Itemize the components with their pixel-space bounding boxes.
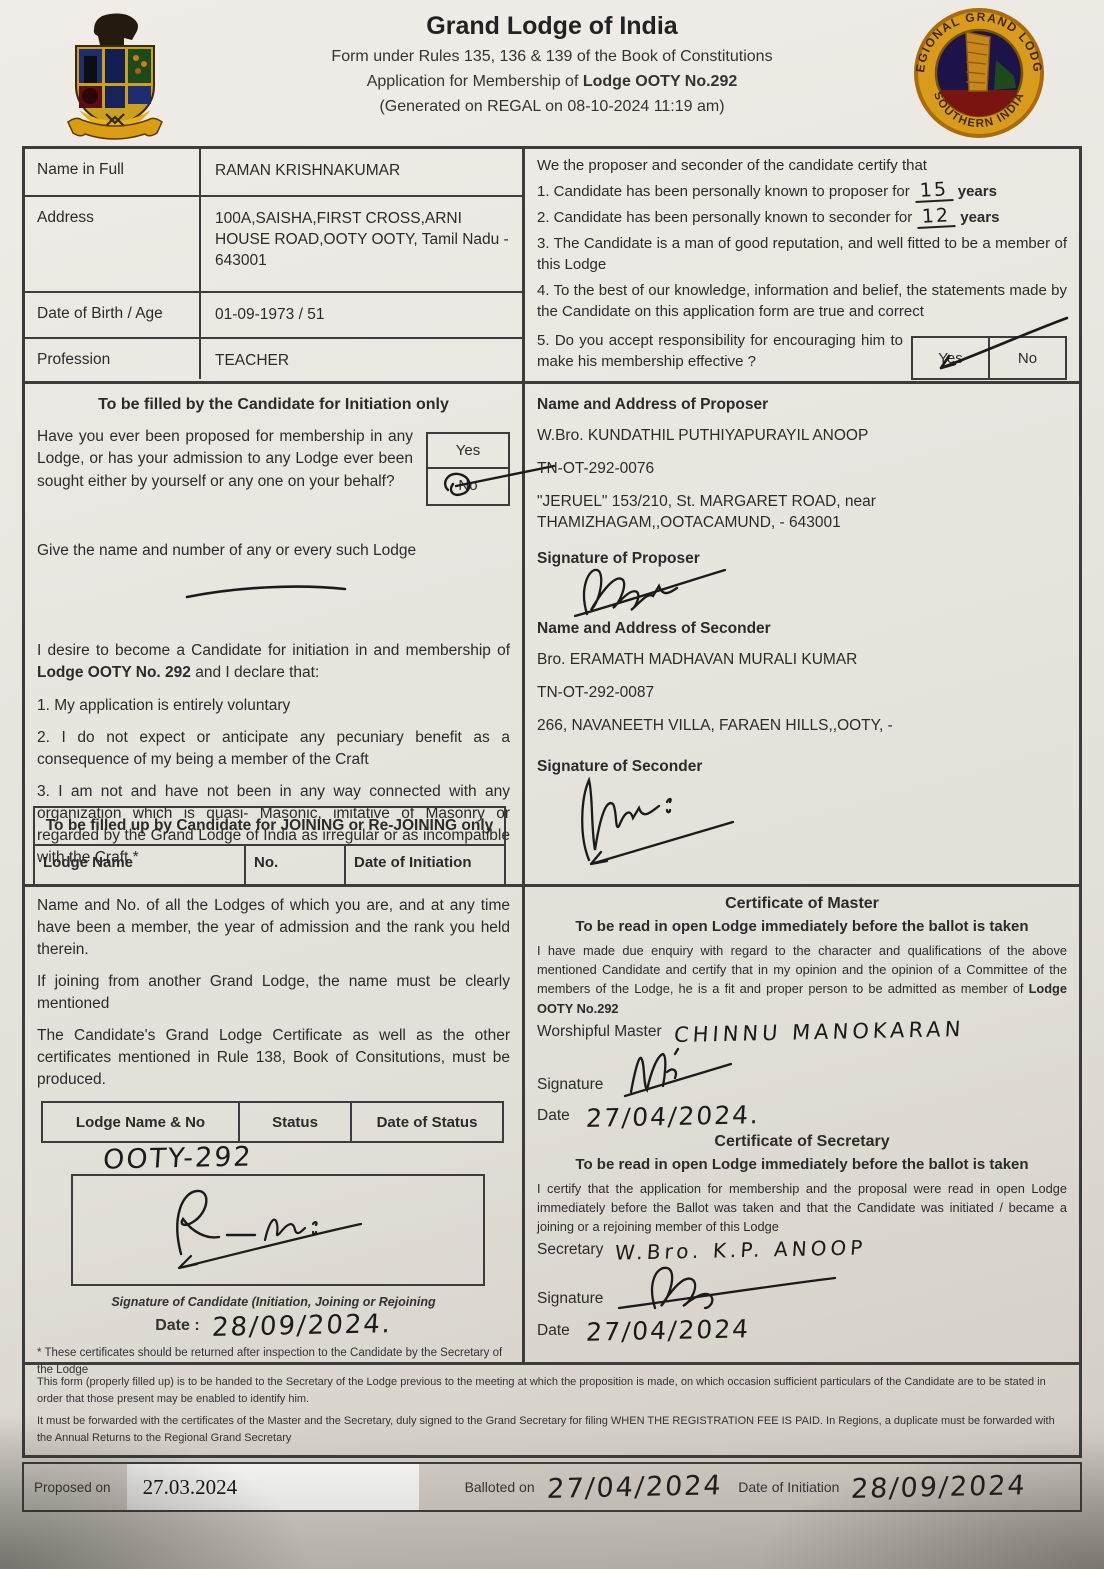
candidate-signature-box	[71, 1174, 485, 1286]
membership-history-section: Name and No. of all the Lodges of which …	[25, 884, 522, 1362]
responsibility-yes-no-box: Yes No	[911, 336, 1067, 380]
form-subtitle-application: Application for Membership of Lodge OOTY…	[150, 73, 954, 91]
proposed-on-label: Proposed on	[34, 1480, 111, 1495]
joining-col-date: Date of Initiation	[344, 846, 504, 884]
form-title: Grand Lodge of India	[150, 12, 954, 41]
seconder-signature	[561, 770, 771, 870]
col-status: Status	[238, 1103, 350, 1141]
form-title-block: Grand Lodge of India Form under Rules 13…	[150, 12, 954, 116]
no-option: No	[988, 338, 1065, 378]
secretary-signature-label: Signature	[537, 1290, 603, 1316]
candidate-signature	[123, 1178, 423, 1280]
date-of-initiation-label: Date of Initiation	[738, 1479, 839, 1495]
table-row: Address 100A,SAISHA,FIRST CROSS,ARNI HOU…	[25, 195, 522, 291]
secretary-signature	[609, 1262, 849, 1316]
certificates-footnote: * These certificates should be returned …	[37, 1345, 510, 1380]
desire-lodge-bold: Lodge OOTY No. 292	[37, 664, 191, 681]
handwritten-dash	[177, 580, 357, 602]
right-column: We the proposer and seconder of the cand…	[522, 149, 1079, 1362]
secretary-certificate-heading: Certificate of Secretary	[537, 1133, 1067, 1151]
desire-statement: I desire to become a Candidate for initi…	[37, 640, 510, 685]
form-generated-line: (Generated on REGAL on 08-10-2024 11:19 …	[150, 98, 954, 116]
certify-item-2: 2. Candidate has been personally known t…	[537, 207, 1067, 228]
initiation-question: Have you ever been proposed for membersh…	[37, 426, 413, 506]
proposer-heading: Name and Address of Proposer	[537, 396, 1067, 414]
form-body: Name in Full RAMAN KRISHNAKUMAR Address …	[22, 146, 1082, 1512]
handwritten-lodge-entry: OOTY-292	[102, 1141, 254, 1175]
master-signature	[613, 1044, 753, 1102]
history-para-2: If joining from another Grand Lodge, the…	[37, 971, 510, 1015]
joining-col-lodge-name: Lodge Name	[35, 846, 244, 884]
handwritten-initiation-date: 28/09/2024	[850, 1470, 1028, 1505]
worshipful-master-line: Worshipful Master CHINNU MANOKARAN	[537, 1020, 1067, 1044]
table-row: Profession TEACHER	[25, 337, 522, 379]
form-subtitle-rules: Form under Rules 135, 136 & 139 of the B…	[150, 48, 954, 66]
joining-table: To be filled up by Candidate for JOINING…	[33, 806, 506, 884]
yes-option: Yes	[913, 338, 988, 378]
main-form-grid: Name in Full RAMAN KRISHNAKUMAR Address …	[22, 146, 1082, 1365]
certify-intro: We the proposer and seconder of the cand…	[537, 155, 1067, 176]
dob-label: Date of Birth / Age	[25, 293, 201, 337]
address-label: Address	[25, 197, 201, 291]
history-para-1: Name and No. of all the Lodges of which …	[37, 895, 510, 961]
master-date-line: Date 27/04/2024.	[537, 1102, 1067, 1131]
declaration-1: 1. My application is entirely voluntary	[37, 695, 510, 717]
proposer-name: W.Bro. KUNDATHIL PUTHIYAPURAYIL ANOOP	[537, 426, 1067, 447]
candidate-info-table: Name in Full RAMAN KRISHNAKUMAR Address …	[25, 149, 522, 381]
yes-option: Yes	[428, 434, 508, 469]
handwritten-seconder-years: 12	[917, 206, 956, 229]
footer-para-2: It must be forwarded with the certificat…	[37, 1413, 1067, 1447]
secretary-name-line: Secretary W.Bro. K.P. ANOOP	[537, 1238, 1067, 1262]
proposer-address: "JERUEL" 153/210, St. MARGARET ROAD, nea…	[537, 492, 977, 534]
seconder-heading: Name and Address of Seconder	[537, 620, 1067, 638]
declaration-2: 2. I do not expect or anticipate any pec…	[37, 727, 510, 771]
lodge-status-table: Lodge Name & No Status Date of Status	[41, 1101, 504, 1143]
certify-item-1: 1. Candidate has been personally known t…	[537, 181, 1067, 202]
name-value: RAMAN KRISHNAKUMAR	[201, 149, 522, 195]
left-column: Name in Full RAMAN KRISHNAKUMAR Address …	[25, 149, 522, 1362]
seal-icon: REGIONAL GRAND LODGE SOUTHERN INDIA	[910, 4, 1048, 142]
proposer-number: TN-OT-292-0076	[537, 459, 1067, 480]
history-para-3: The Candidate's Grand Lodge Certificate …	[37, 1025, 510, 1091]
certify-item-5-row: 5. Do you accept responsibility for enco…	[537, 330, 1067, 380]
seconder-address: 266, NAVANEETH VILLA, FARAEN HILLS,,OOTY…	[537, 716, 1067, 737]
initiation-question-row: Have you ever been proposed for membersh…	[37, 426, 510, 506]
initiation-heading: To be filled by the Candidate for Initia…	[37, 396, 510, 414]
profession-label: Profession	[25, 339, 201, 379]
col-date-of-status: Date of Status	[350, 1103, 502, 1141]
master-date-label: Date	[537, 1107, 570, 1125]
secretary-date-label: Date	[537, 1322, 570, 1340]
candidate-date-line: Date : 28/09/2024.	[37, 1311, 510, 1341]
name-label: Name in Full	[25, 149, 201, 195]
col-lodge-name-no: Lodge Name & No	[43, 1114, 238, 1131]
date-label: Date :	[155, 1317, 199, 1335]
table-row: Name in Full RAMAN KRISHNAKUMAR	[25, 149, 522, 195]
no-option: No	[428, 469, 508, 502]
profession-value: TEACHER	[201, 339, 522, 379]
candidate-signature-caption: Signature of Candidate (Initiation, Join…	[37, 1295, 510, 1309]
regional-grand-lodge-seal: REGIONAL GRAND LODGE SOUTHERN INDIA	[910, 4, 1048, 147]
lodge-name-number: Lodge OOTY No.292	[583, 73, 737, 90]
balloted-on-label: Balloted on	[465, 1479, 535, 1495]
secretary-certificate-body: I certify that the application for membe…	[537, 1179, 1067, 1237]
seconder-signature-label: Signature of Seconder	[537, 758, 1067, 776]
worshipful-master-label: Worshipful Master	[537, 1023, 662, 1041]
secretary-signature-line: Signature	[537, 1262, 1067, 1316]
seconder-name: Bro. ERAMATH MADHAVAN MURALI KUMAR	[537, 650, 1067, 671]
master-signature-label: Signature	[537, 1076, 603, 1102]
joining-table-columns: Lodge Name No. Date of Initiation	[35, 846, 504, 884]
handwritten-proposer-years: 15	[914, 180, 953, 203]
certificates-section: Certificate of Master To be read in open…	[525, 884, 1079, 1362]
dob-value: 01-09-1973 / 51	[201, 293, 522, 337]
proposer-signature-label: Signature of Proposer	[537, 550, 1067, 568]
secretary-certificate-subheading: To be read in open Lodge immediately bef…	[537, 1156, 1067, 1173]
master-certificate-heading: Certificate of Master	[537, 895, 1067, 913]
secretary-label: Secretary	[537, 1241, 603, 1259]
proposer-seconder-section: Name and Address of Proposer W.Bro. KUND…	[525, 381, 1079, 884]
address-value: 100A,SAISHA,FIRST CROSS,ARNI HOUSE ROAD,…	[201, 197, 522, 291]
handwritten-secretary-date: 27/04/2024	[585, 1315, 751, 1347]
dates-strip: Proposed on 27.03.2024 Balloted on 27/04…	[22, 1462, 1082, 1512]
certify-item-3: 3. The Candidate is a man of good reputa…	[537, 233, 1067, 275]
table-row: Date of Birth / Age 01-09-1973 / 51	[25, 291, 522, 337]
certify-item-5: 5. Do you accept responsibility for enco…	[537, 330, 911, 380]
secretary-date-line: Date 27/04/2024	[537, 1316, 1067, 1345]
master-certificate-subheading: To be read in open Lodge immediately bef…	[537, 918, 1067, 935]
form-header: Grand Lodge of India Form under Rules 13…	[0, 0, 1104, 146]
proposed-on-value: 27.03.2024	[127, 1464, 419, 1510]
certify-item-4: 4. To the best of our knowledge, informa…	[537, 280, 1067, 322]
give-lodge-line: Give the name and number of any or every…	[37, 542, 510, 560]
master-signature-line: Signature	[537, 1044, 1067, 1102]
master-certificate-body: I have made due enquiry with regard to t…	[537, 941, 1067, 1018]
handwritten-candidate-date: 28/09/2024.	[211, 1309, 393, 1343]
initiation-yes-no-box: Yes No	[426, 432, 510, 506]
handwritten-secretary-name: W.Bro. K.P. ANOOP	[615, 1236, 868, 1265]
seconder-number: TN-OT-292-0087	[537, 683, 1067, 704]
handwritten-master-name: CHINNU MANOKARAN	[673, 1017, 965, 1047]
handwritten-master-date: 27/04/2024.	[585, 1100, 761, 1133]
scanned-membership-form: Grand Lodge of India Form under Rules 13…	[0, 0, 1104, 1569]
joining-col-no: No.	[244, 846, 344, 884]
initiation-section: To be filled by the Candidate for Initia…	[25, 381, 522, 884]
handwritten-balloted-date: 27/04/2024	[546, 1470, 724, 1505]
certification-section: We the proposer and seconder of the cand…	[525, 149, 1079, 381]
joining-table-heading: To be filled up by Candidate for JOINING…	[35, 808, 504, 846]
